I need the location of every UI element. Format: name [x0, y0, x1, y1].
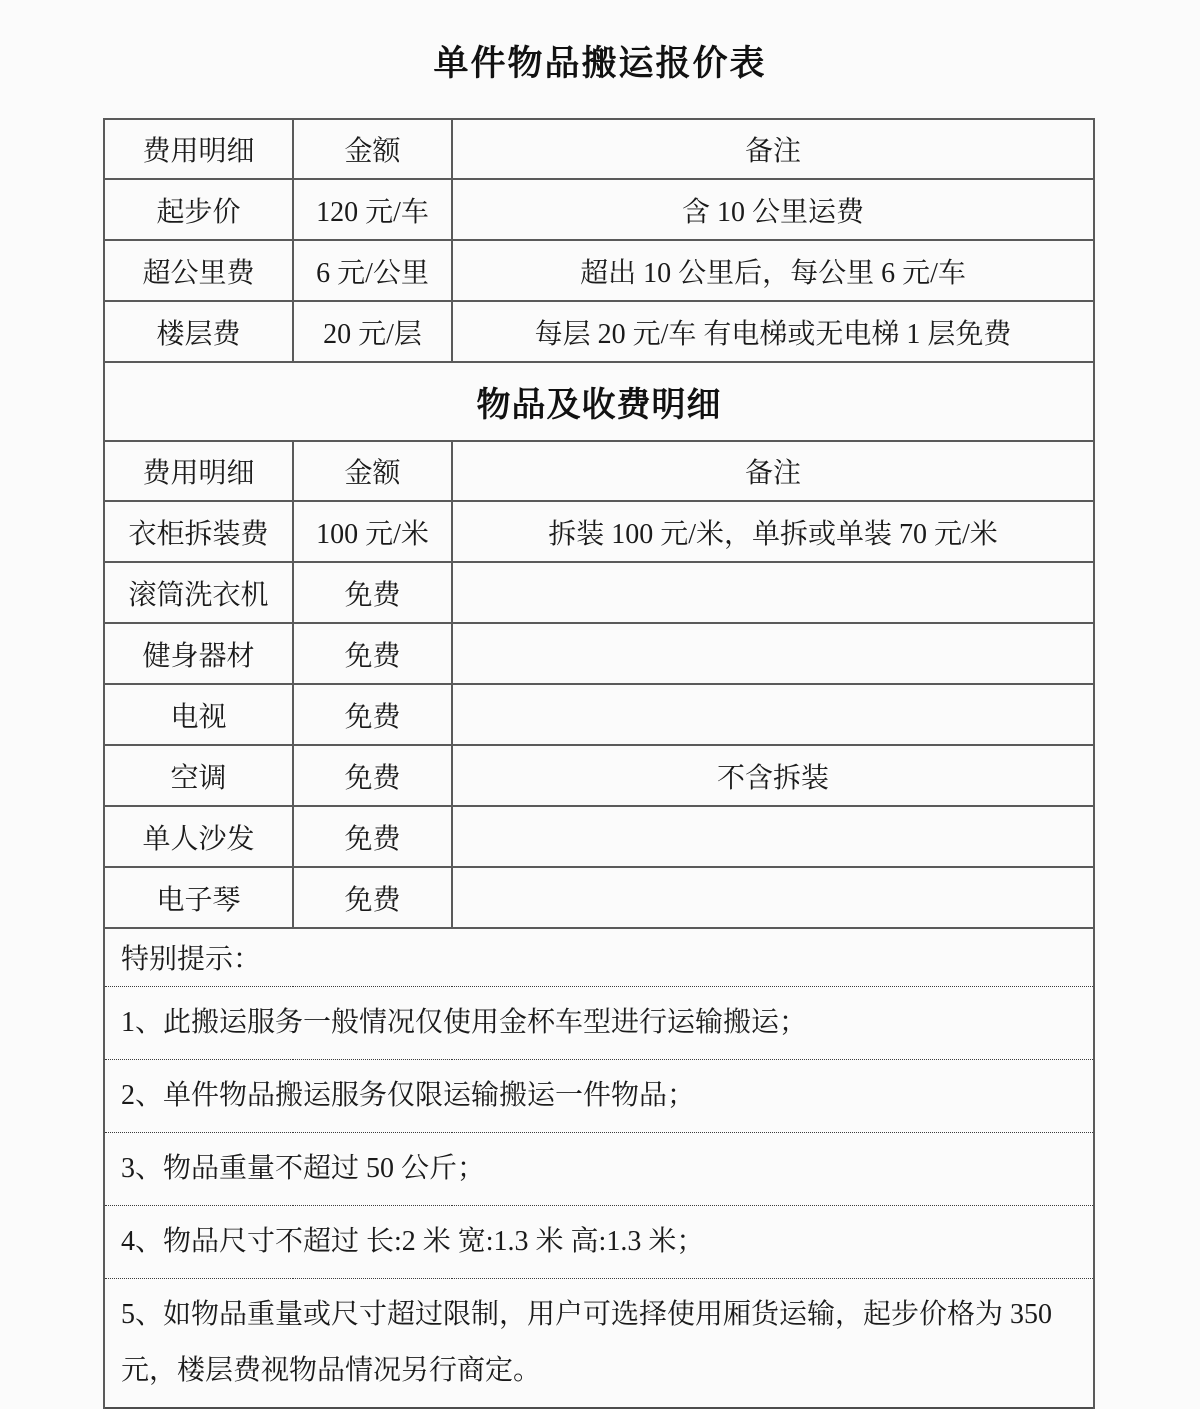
remark-cell [452, 867, 1094, 928]
fee-item-cell: 衣柜拆装费 [104, 501, 293, 562]
remark-cell: 不含拆装 [452, 745, 1094, 806]
amount-cell: 100 元/米 [293, 501, 452, 562]
table-header-row: 费用明细 金额 备注 [104, 119, 1094, 179]
notes-header-row: 特别提示： [104, 928, 1094, 986]
remark-cell [452, 806, 1094, 867]
table-row: 电子琴 免费 [104, 867, 1094, 928]
amount-cell: 6 元/公里 [293, 240, 452, 301]
note-row: 5、如物品重量或尺寸超过限制，用户可选择使用厢货运输，起步价格为 350 元，楼… [104, 1278, 1094, 1408]
amount-cell: 120 元/车 [293, 179, 452, 240]
fee-item-cell: 滚筒洗衣机 [104, 562, 293, 623]
table-row: 滚筒洗衣机 免费 [104, 562, 1094, 623]
column-header-amount: 金额 [293, 441, 452, 501]
column-header-remark: 备注 [452, 441, 1094, 501]
fee-item-cell: 楼层费 [104, 301, 293, 362]
section-title: 物品及收费明细 [104, 362, 1094, 441]
note-item-5: 5、如物品重量或尺寸超过限制，用户可选择使用厢货运输，起步价格为 350 元，楼… [104, 1278, 1094, 1408]
table-row: 电视 免费 [104, 684, 1094, 745]
fee-item-cell: 健身器材 [104, 623, 293, 684]
section-title-row: 物品及收费明细 [104, 362, 1094, 441]
fee-item-cell: 空调 [104, 745, 293, 806]
page-title: 单件物品搬运报价表 [0, 0, 1200, 86]
remark-cell: 含 10 公里运费 [452, 179, 1094, 240]
fee-item-cell: 电视 [104, 684, 293, 745]
amount-cell: 免费 [293, 806, 452, 867]
table-row: 单人沙发 免费 [104, 806, 1094, 867]
fee-item-cell: 起步价 [104, 179, 293, 240]
note-row: 2、单件物品搬运服务仅限运输搬运一件物品； [104, 1059, 1094, 1132]
amount-cell: 免费 [293, 562, 452, 623]
note-item-3: 3、物品重量不超过 50 公斤； [104, 1132, 1094, 1205]
remark-cell [452, 623, 1094, 684]
note-row: 1、此搬运服务一般情况仅使用金杯车型进行运输搬运； [104, 986, 1094, 1059]
note-item-1: 1、此搬运服务一般情况仅使用金杯车型进行运输搬运； [104, 986, 1094, 1059]
column-header-fee-detail: 费用明细 [104, 119, 293, 179]
amount-cell: 免费 [293, 684, 452, 745]
remark-cell [452, 684, 1094, 745]
fee-item-cell: 单人沙发 [104, 806, 293, 867]
table-header-row: 费用明细 金额 备注 [104, 441, 1094, 501]
amount-cell: 免费 [293, 745, 452, 806]
notes-label: 特别提示： [104, 928, 1094, 986]
remark-cell [452, 562, 1094, 623]
table-row: 起步价 120 元/车 含 10 公里运费 [104, 179, 1094, 240]
table-row: 健身器材 免费 [104, 623, 1094, 684]
note-item-4: 4、物品尺寸不超过 长:2 米 宽:1.3 米 高:1.3 米； [104, 1205, 1094, 1278]
moving-quote-table: 费用明细 金额 备注 起步价 120 元/车 含 10 公里运费 超公里费 6 … [103, 118, 1095, 1409]
note-row: 4、物品尺寸不超过 长:2 米 宽:1.3 米 高:1.3 米； [104, 1205, 1094, 1278]
amount-cell: 免费 [293, 867, 452, 928]
column-header-fee-detail: 费用明细 [104, 441, 293, 501]
table-row: 超公里费 6 元/公里 超出 10 公里后，每公里 6 元/车 [104, 240, 1094, 301]
table-row: 空调 免费 不含拆装 [104, 745, 1094, 806]
column-header-remark: 备注 [452, 119, 1094, 179]
note-row: 3、物品重量不超过 50 公斤； [104, 1132, 1094, 1205]
table-row: 衣柜拆装费 100 元/米 拆装 100 元/米，单拆或单装 70 元/米 [104, 501, 1094, 562]
table-row: 楼层费 20 元/层 每层 20 元/车 有电梯或无电梯 1 层免费 [104, 301, 1094, 362]
amount-cell: 20 元/层 [293, 301, 452, 362]
note-item-2: 2、单件物品搬运服务仅限运输搬运一件物品； [104, 1059, 1094, 1132]
remark-cell: 拆装 100 元/米，单拆或单装 70 元/米 [452, 501, 1094, 562]
fee-item-cell: 电子琴 [104, 867, 293, 928]
remark-cell: 每层 20 元/车 有电梯或无电梯 1 层免费 [452, 301, 1094, 362]
remark-cell: 超出 10 公里后，每公里 6 元/车 [452, 240, 1094, 301]
column-header-amount: 金额 [293, 119, 452, 179]
amount-cell: 免费 [293, 623, 452, 684]
fee-item-cell: 超公里费 [104, 240, 293, 301]
